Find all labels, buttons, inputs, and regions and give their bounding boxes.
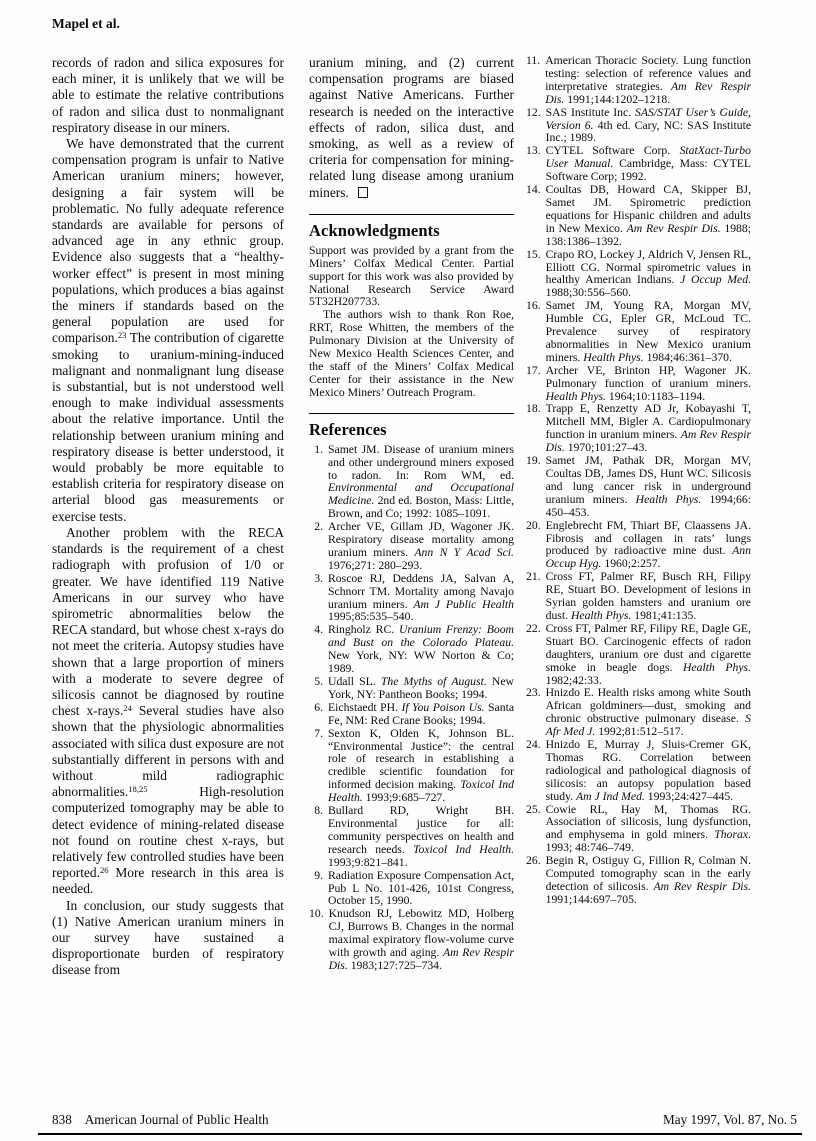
references-list-part2: 11.American Thoracic Society. Lung funct…	[526, 55, 751, 907]
reference-number: 9.	[309, 870, 323, 909]
reference-text: Roscoe RJ, Deddens JA, Salvan A, Schnorr…	[328, 573, 514, 625]
reference-number: 6.	[309, 702, 323, 728]
reference-item: 26.Begin R, Ostiguy G, Fillion R, Colman…	[526, 855, 751, 907]
paragraph: Support was provided by a grant from the…	[309, 245, 514, 310]
reference-item: 24.Hnizdo E, Murray J, Sluis-Cremer GK, …	[526, 739, 751, 804]
reference-item: 22.Cross FT, Palmer RF, Filipy RE, Dagle…	[526, 623, 751, 688]
reference-text: American Thoracic Society. Lung function…	[545, 55, 751, 107]
reference-text: Samet JM. Disease of uranium miners and …	[328, 444, 514, 521]
reference-item: 15.Crapo RO, Lockey J, Aldrich V, Jensen…	[526, 249, 751, 301]
paragraph: uranium mining, and (2) current compensa…	[309, 55, 514, 201]
reference-item: 17.Archer VE, Brinton HP, Wagoner JK. Pu…	[526, 365, 751, 404]
reference-item: 10.Knudson RJ, Lebowitz MD, Holberg CJ, …	[309, 908, 514, 973]
acknowledgments-section: Acknowledgments Support was provided by …	[309, 214, 514, 400]
reference-text: Ringholz RC. Uranium Frenzy: Boom and Bu…	[328, 624, 514, 676]
reference-number: 7.	[309, 728, 323, 805]
reference-text: Samet JM, Pathak DR, Morgan MV, Coultas …	[546, 455, 751, 520]
reference-number: 22.	[526, 623, 541, 688]
left-column: records of radon and silica exposures fo…	[52, 55, 284, 979]
acknowledgments-title: Acknowledgments	[309, 221, 514, 241]
reference-number: 13.	[526, 145, 541, 184]
acknowledgments-text: Support was provided by a grant from the…	[309, 245, 514, 400]
paragraph: The authors wish to thank Ron Roe, RRT, …	[309, 309, 514, 399]
reference-item: 6.Eichstaedt PH. If You Poison Us. Santa…	[309, 702, 514, 728]
reference-number: 3.	[309, 573, 323, 625]
reference-text: Archer VE, Brinton HP, Wagoner JK. Pulmo…	[546, 365, 751, 404]
section-rule	[309, 214, 514, 215]
reference-number: 25.	[526, 804, 541, 856]
issue-info: May 1997, Vol. 87, No. 5	[663, 1112, 797, 1128]
reference-number: 24.	[526, 739, 541, 804]
page-number: 838	[52, 1112, 72, 1127]
reference-text: Bullard RD, Wright BH. Environmental jus…	[328, 805, 514, 870]
reference-number: 8.	[309, 805, 323, 870]
middle-column: uranium mining, and (2) current compensa…	[309, 55, 514, 979]
reference-number: 16.	[526, 300, 541, 365]
reference-number: 26.	[526, 855, 541, 907]
reference-text: Cowie RL, Hay M, Thomas RG. Association …	[546, 804, 751, 856]
reference-number: 21.	[526, 571, 541, 623]
section-rule	[309, 413, 514, 414]
reference-item: 23.Hnizdo E. Health risks among white So…	[526, 687, 751, 739]
reference-item: 25.Cowie RL, Hay M, Thomas RG. Associati…	[526, 804, 751, 856]
reference-item: 1.Samet JM. Disease of uranium miners an…	[309, 444, 514, 521]
running-head: Mapel et al.	[52, 16, 120, 32]
reference-item: 16.Samet JM, Young RA, Morgan MV, Humble…	[526, 300, 751, 365]
reference-number: 23.	[526, 687, 541, 739]
page-footer: 838American Journal of Public Health May…	[52, 1112, 797, 1128]
reference-text: Udall SL. The Myths of August. New York,…	[328, 676, 514, 702]
reference-text: Cross FT, Palmer RF, Filipy RE, Dagle GE…	[546, 623, 751, 688]
bottom-rule	[38, 1133, 802, 1135]
reference-number: 1.	[309, 444, 323, 521]
reference-item: 13.CYTEL Software Corp. StatXact-Turbo U…	[526, 145, 751, 184]
references-list-part1: 1.Samet JM. Disease of uranium miners an…	[309, 444, 514, 973]
reference-number: 18.	[526, 403, 541, 455]
reference-text: Samet JM, Young RA, Morgan MV, Humble CG…	[546, 300, 751, 365]
references-section: References 1.Samet JM. Disease of uraniu…	[309, 413, 514, 973]
reference-number: 15.	[526, 249, 541, 301]
reference-text: Hnizdo E. Health risks among white South…	[546, 687, 751, 739]
reference-text: SAS Institute Inc. SAS/STAT User’s Guide…	[546, 107, 751, 146]
reference-text: Eichstaedt PH. If You Poison Us. Santa F…	[328, 702, 514, 728]
reference-item: 19.Samet JM, Pathak DR, Morgan MV, Coult…	[526, 455, 751, 520]
paragraph: records of radon and silica exposures fo…	[52, 55, 284, 136]
reference-number: 20.	[526, 520, 541, 572]
reference-number: 14.	[526, 184, 541, 249]
journal-title: American Journal of Public Health	[85, 1112, 269, 1127]
paragraph: Another problem with the RECA standards …	[52, 525, 284, 898]
reference-item: 3.Roscoe RJ, Deddens JA, Salvan A, Schno…	[309, 573, 514, 625]
reference-item: 7.Sexton K, Olden K, Johnson BL. “Enviro…	[309, 728, 514, 805]
reference-text: Trapp E, Renzetty AD Jr, Kobayashi T, Mi…	[546, 403, 751, 455]
reference-item: 4.Ringholz RC. Uranium Frenzy: Boom and …	[309, 624, 514, 676]
footer-left: 838American Journal of Public Health	[52, 1112, 269, 1128]
reference-text: Knudson RJ, Lebowitz MD, Holberg CJ, Bur…	[329, 908, 514, 973]
reference-number: 17.	[526, 365, 541, 404]
paragraph: In conclusion, our study suggests that (…	[52, 898, 284, 979]
reference-item: 8.Bullard RD, Wright BH. Environmental j…	[309, 805, 514, 870]
reference-text: Begin R, Ostiguy G, Fillion R, Colman N.…	[546, 855, 751, 907]
reference-text: Radiation Exposure Compensation Act, Pub…	[328, 870, 514, 909]
reference-text: Englebrecht FM, Thiart BF, Claassens JA.…	[546, 520, 751, 572]
reference-text: Archer VE, Gillam JD, Wagoner JK. Respir…	[328, 521, 514, 573]
reference-text: Crapo RO, Lockey J, Aldrich V, Jensen RL…	[546, 249, 751, 301]
right-column: 11.American Thoracic Society. Lung funct…	[526, 55, 751, 979]
reference-number: 2.	[309, 521, 323, 573]
references-title: References	[309, 420, 514, 440]
conclusion-continued: uranium mining, and (2) current compensa…	[309, 55, 514, 201]
content-columns: records of radon and silica exposures fo…	[52, 55, 751, 979]
reference-text: Cross FT, Palmer RF, Busch RH, Filipy RE…	[546, 571, 751, 623]
reference-text: Coultas DB, Howard CA, Skipper BJ, Samet…	[546, 184, 751, 249]
reference-item: 21.Cross FT, Palmer RF, Busch RH, Filipy…	[526, 571, 751, 623]
paragraph: We have demonstrated that the current co…	[52, 136, 284, 525]
end-of-article-box-icon	[358, 187, 368, 198]
reference-item: 20.Englebrecht FM, Thiart BF, Claassens …	[526, 520, 751, 572]
reference-number: 19.	[526, 455, 541, 520]
reference-item: 11.American Thoracic Society. Lung funct…	[526, 55, 751, 107]
reference-text: CYTEL Software Corp. StatXact-Turbo User…	[546, 145, 751, 184]
reference-number: 4.	[309, 624, 323, 676]
reference-number: 5.	[309, 676, 323, 702]
reference-number: 10.	[309, 908, 324, 973]
reference-item: 5.Udall SL. The Myths of August. New Yor…	[309, 676, 514, 702]
reference-item: 9.Radiation Exposure Compensation Act, P…	[309, 870, 514, 909]
reference-item: 14.Coultas DB, Howard CA, Skipper BJ, Sa…	[526, 184, 751, 249]
reference-number: 11.	[526, 55, 540, 107]
reference-item: 12.SAS Institute Inc. SAS/STAT User’s Gu…	[526, 107, 751, 146]
reference-item: 18.Trapp E, Renzetty AD Jr, Kobayashi T,…	[526, 403, 751, 455]
reference-number: 12.	[526, 107, 541, 146]
reference-text: Sexton K, Olden K, Johnson BL. “Environm…	[328, 728, 514, 805]
reference-text: Hnizdo E, Murray J, Sluis-Cremer GK, Tho…	[546, 739, 751, 804]
reference-item: 2.Archer VE, Gillam JD, Wagoner JK. Resp…	[309, 521, 514, 573]
